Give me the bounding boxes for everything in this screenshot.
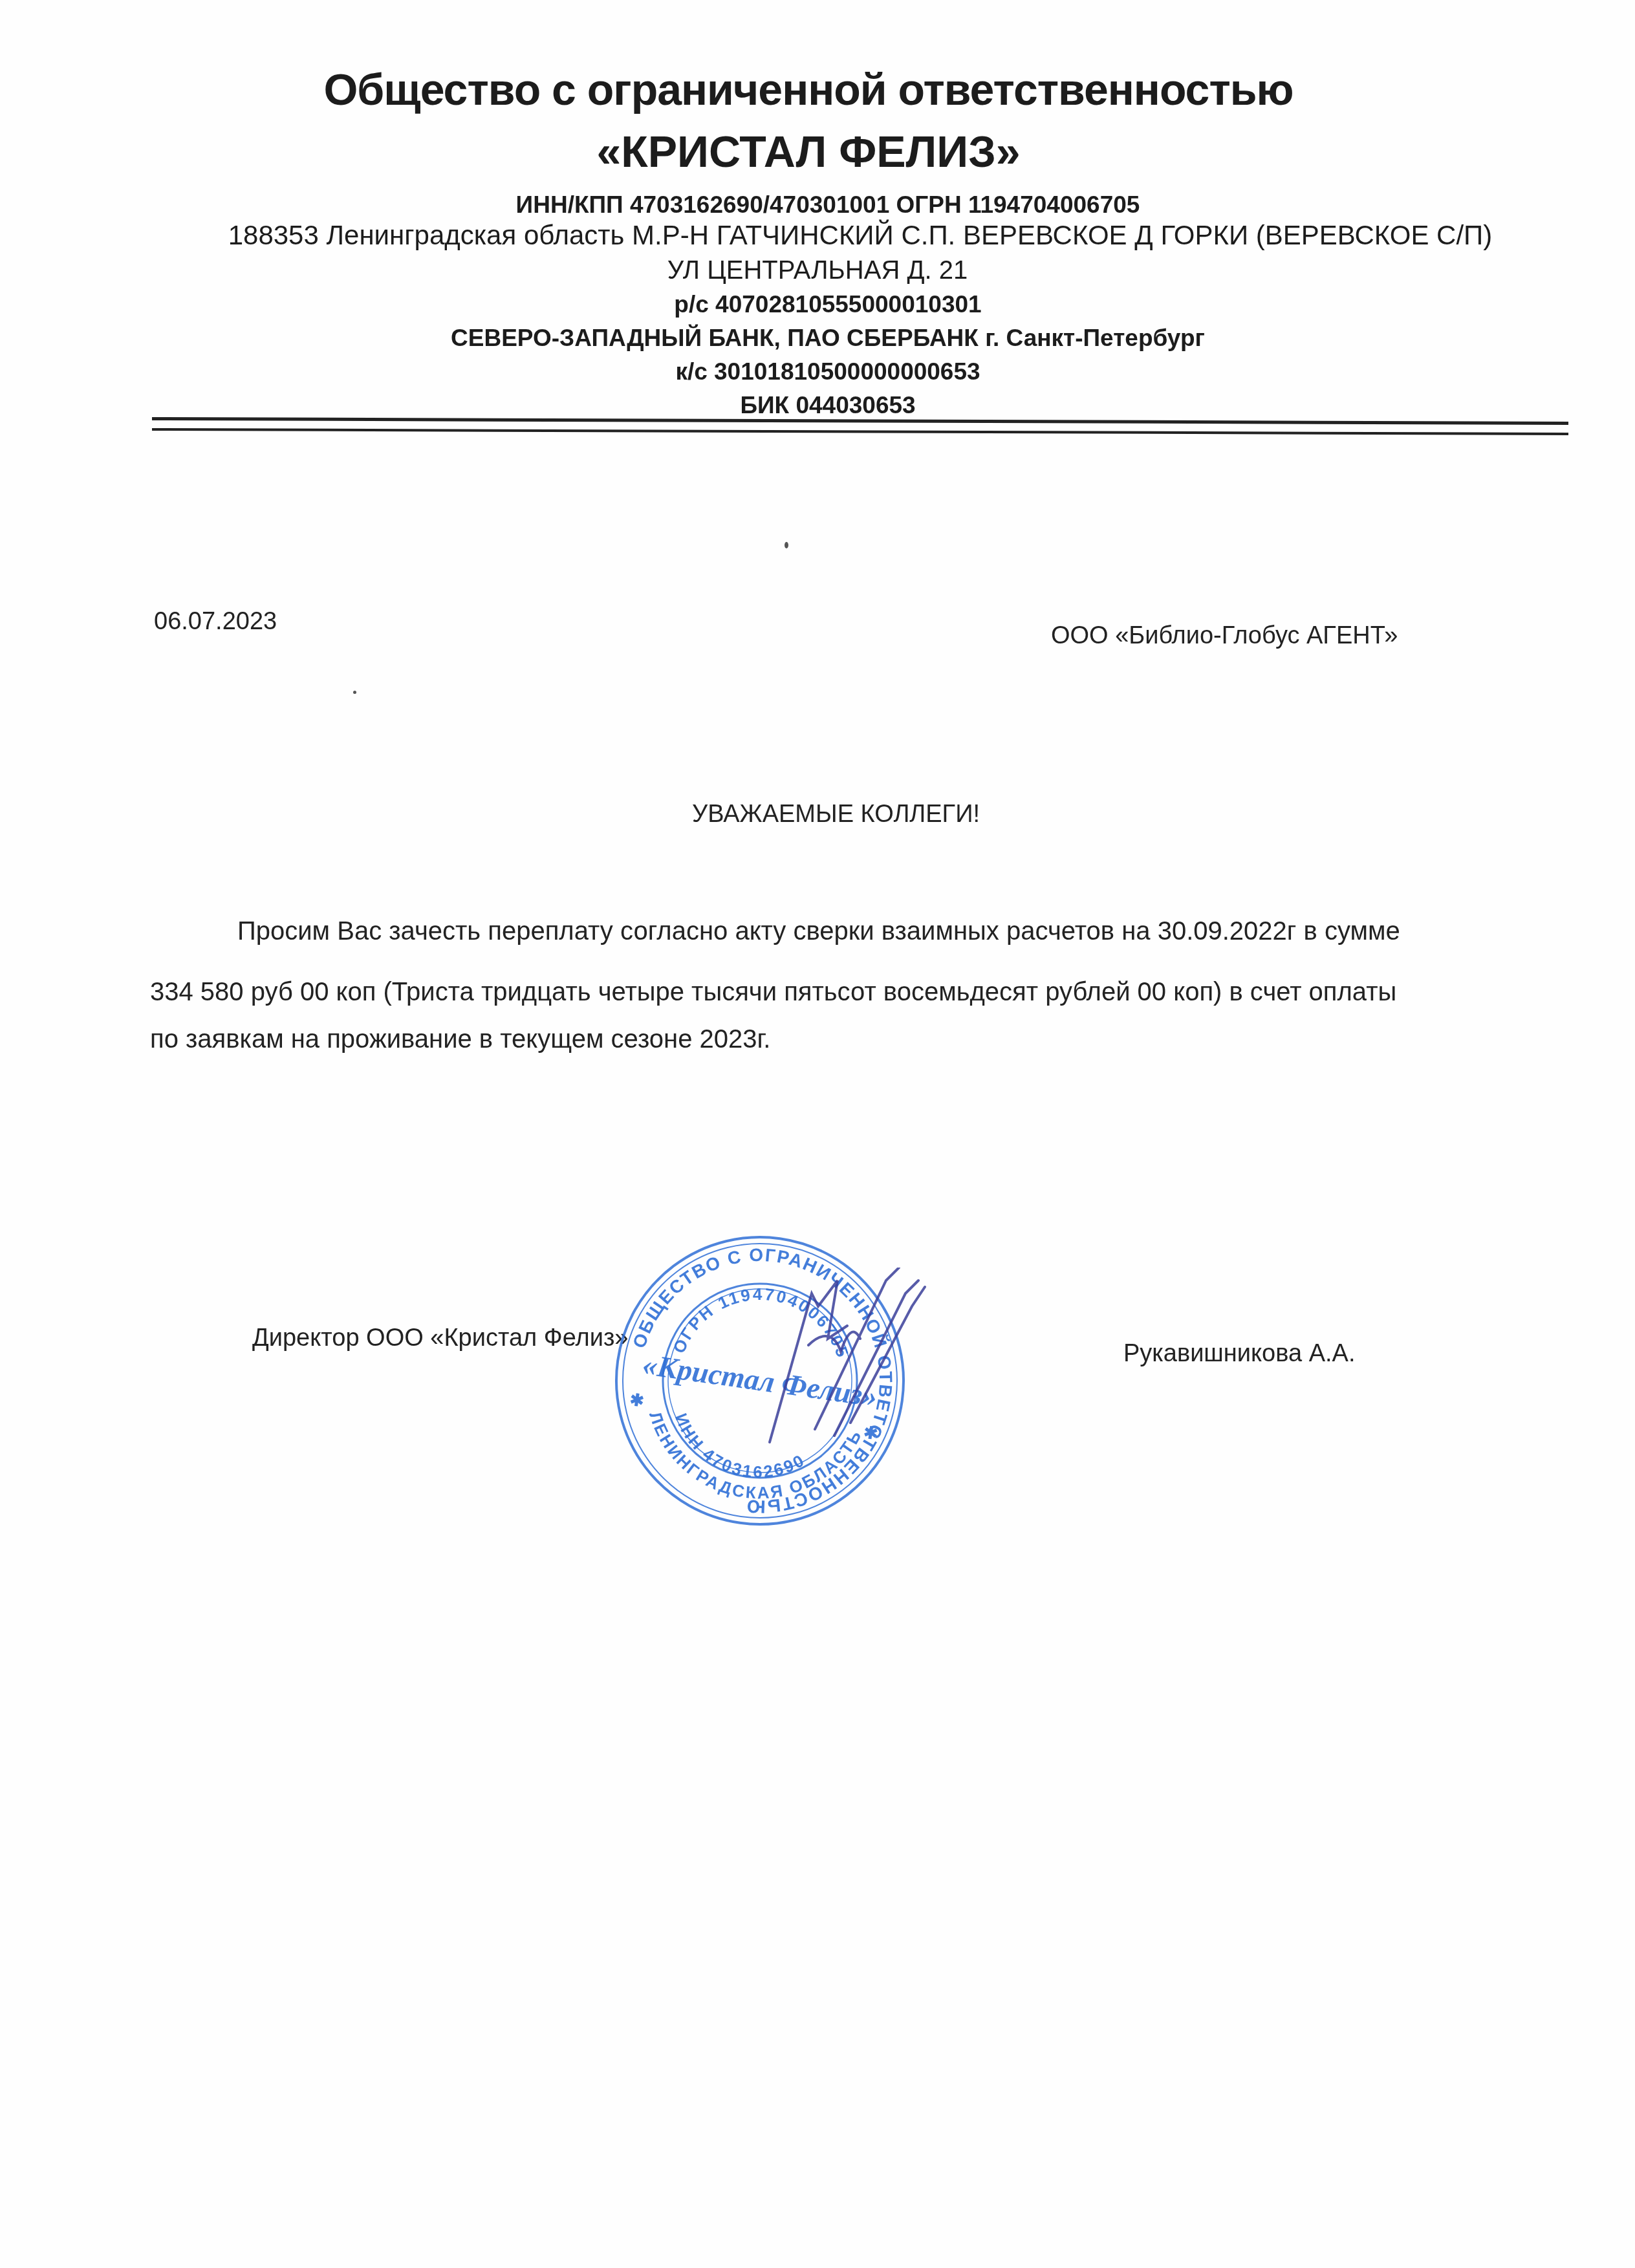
letterhead-address-line1: 188353 Ленинградская область М.Р-Н ГАТЧИ… (168, 220, 1552, 251)
scan-speck (785, 542, 788, 548)
letter-body-line-2: 334 580 руб 00 коп (Триста тридцать четы… (150, 978, 1396, 1007)
letterhead-bank: СЕВЕРО-ЗАПАДНЫЙ БАНК, ПАО СБЕРБАНК г. Са… (200, 325, 1455, 352)
letter-addressee: ООО «Библио-Глобус АГЕНТ» (1051, 622, 1398, 650)
letterhead-org-name: «КРИСТАЛ ФЕЛИЗ» (65, 127, 1552, 177)
letterhead-requisites: ИНН/КПП 4703162690/470301001 ОГРН 119470… (200, 191, 1455, 219)
scanned-letter-page: Общество с ограниченной ответственностью… (0, 0, 1635, 2268)
svg-text:✱: ✱ (629, 1389, 645, 1410)
letterhead-address-line2: УЛ ЦЕНТРАЛЬНАЯ Д. 21 (0, 256, 1635, 285)
scan-speck (353, 691, 356, 694)
letterhead-divider-bottom (152, 428, 1568, 435)
letter-salutation: УВАЖАЕМЫЕ КОЛЛЕГИ! (692, 801, 980, 828)
letterhead-org-type: Общество с ограниченной ответственностью (65, 65, 1552, 115)
handwritten-signature (737, 1268, 931, 1449)
letter-body-line-1: Просим Вас зачесть переплату согласно ак… (237, 917, 1400, 946)
letter-body-line-3: по заявкам на проживание в текущем сезон… (150, 1025, 770, 1054)
letterhead-bik: БИК 044030653 (200, 392, 1455, 419)
signer-name: Рукавишникова А.А. (1123, 1340, 1356, 1368)
signer-title: Директор ООО «Кристал Фелиз» (252, 1324, 629, 1352)
letterhead-corr-account: к/с 30101810500000000653 (200, 358, 1455, 385)
letterhead-account: р/с 40702810555000010301 (200, 291, 1455, 318)
letter-date: 06.07.2023 (154, 608, 277, 636)
